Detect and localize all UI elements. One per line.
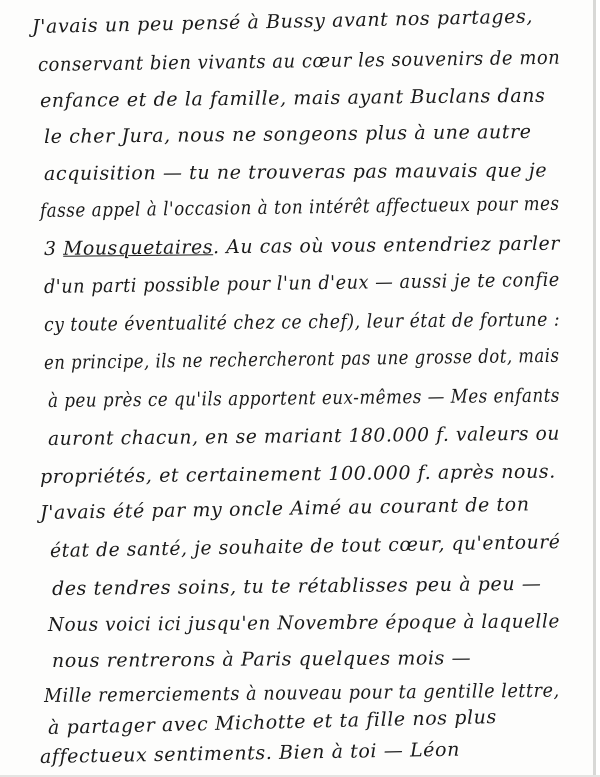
letter-line-6: fasse appel à l'occasion à ton intérêt a… xyxy=(40,193,560,222)
letter-line-2: conservant bien vivants au cœur les souv… xyxy=(38,47,561,76)
letter-line-1: J'avais un peu pensé à Bussy avant nos p… xyxy=(32,6,533,38)
letter-line-20: à partager avec Michotte et ta fille nos… xyxy=(48,706,497,739)
letter-line-14: J'avais été par my oncle Aimé au courant… xyxy=(40,493,530,524)
letter-line-12: auront chacun, en se mariant 180.000 f. … xyxy=(48,423,560,450)
letter-line-10: en principe, ils ne rechercheront pas un… xyxy=(44,345,560,374)
letter-line-9: cy toute éventualité chez ce chef), leur… xyxy=(44,309,560,336)
letter-line-17: Nous voici ici jusqu'en Novembre époque … xyxy=(48,610,560,636)
letter-line-18: nous rentrerons à Paris quelques mois — xyxy=(52,647,471,672)
letter-line-5: acquisition — tu ne trouveras pas mauvai… xyxy=(44,159,547,185)
letter-line-11: à peu près ce qu'ils apportent eux-mêmes… xyxy=(48,385,560,412)
letter-line-4: le cher Jura, nous ne songeons plus à un… xyxy=(44,121,532,148)
letter-line-19: Mille remerciements à nouveau pour ta ge… xyxy=(44,680,560,707)
letter-signature-line: affectueux sentiments. Bien à toi — Léon xyxy=(40,739,460,768)
letter-line-3: enfance et de la famille, mais ayant Buc… xyxy=(40,85,546,112)
letter-page: J'avais un peu pensé à Bussy avant nos p… xyxy=(0,0,596,777)
letter-line-7: 3 Mousquetaires. Au cas où vous entendri… xyxy=(44,233,560,260)
letter-line-13: propriétés, et certainement 100.000 f. a… xyxy=(40,461,556,488)
underlined-word: Mousquetaires xyxy=(63,236,213,260)
letter-line-8: d'un parti possible pour l'un d'eux — au… xyxy=(44,269,560,298)
letter-line-16: des tendres soins, tu te rétablisses peu… xyxy=(52,573,542,600)
letter-line-15: état de santé, je souhaite de tout cœur,… xyxy=(50,531,561,562)
